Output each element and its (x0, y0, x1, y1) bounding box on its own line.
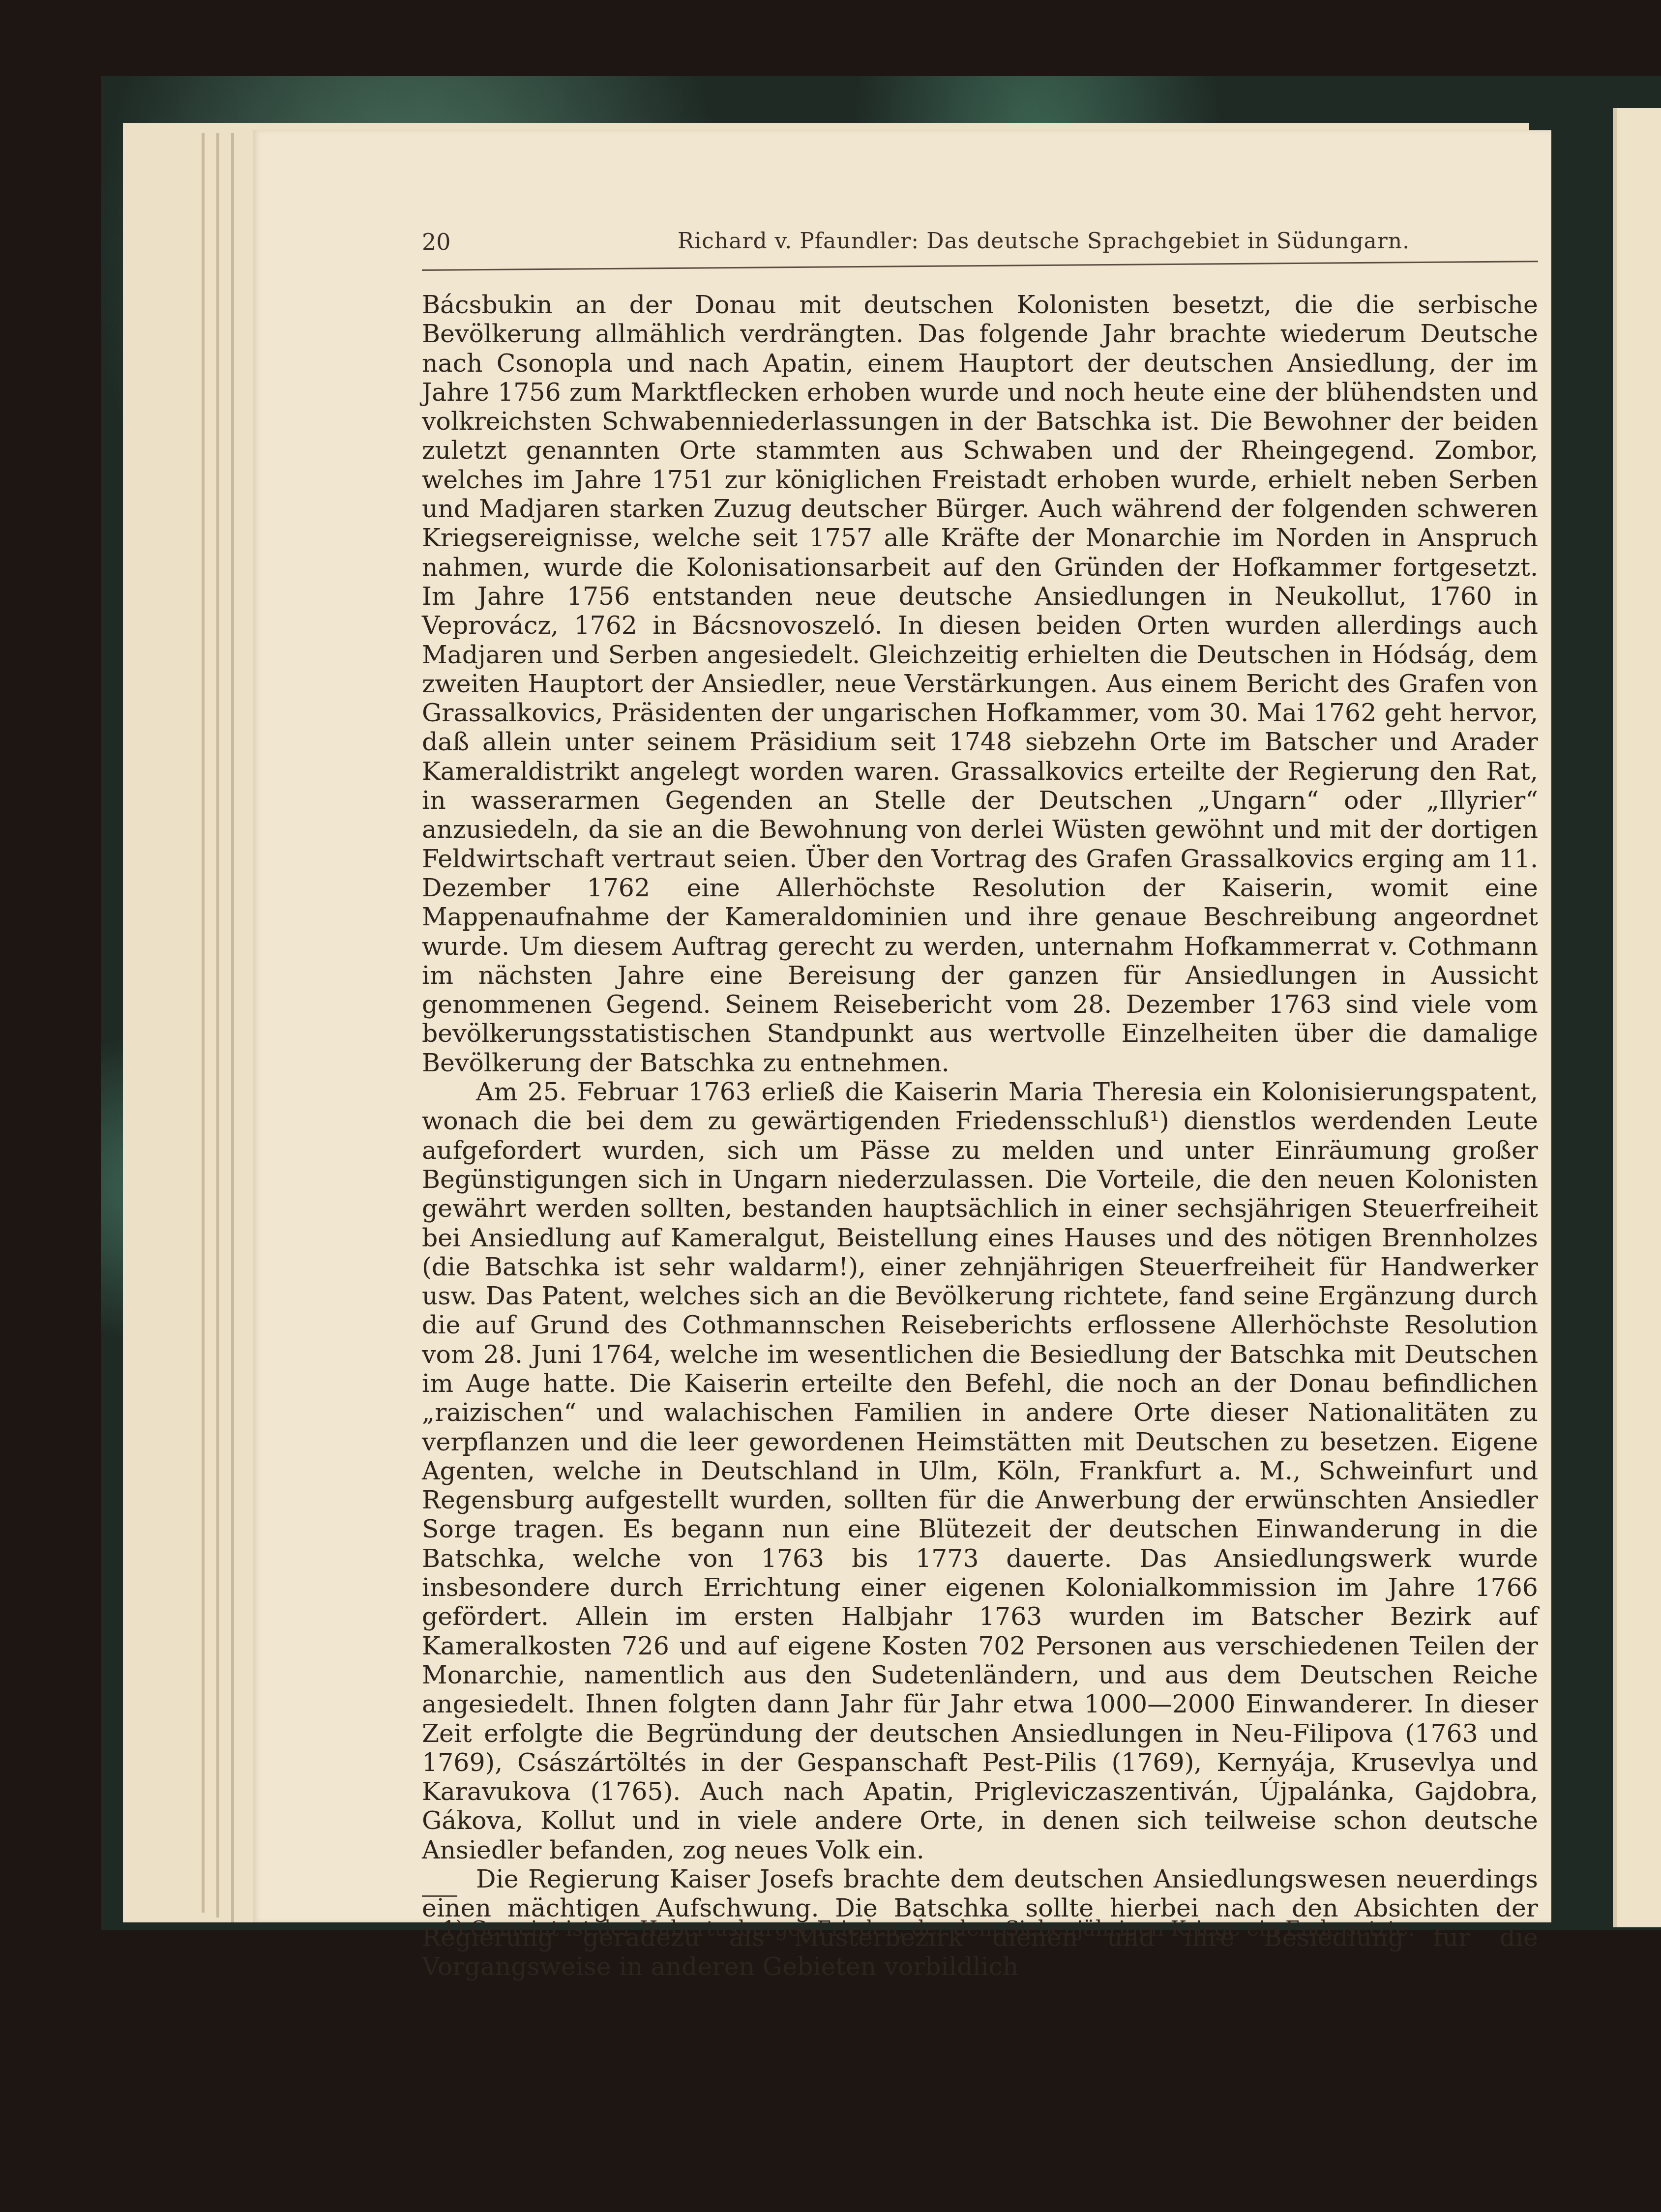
page-edge (231, 133, 234, 1922)
footnote: 1) Gemeint ist der Hubertusburger Friede… (443, 1917, 1524, 1941)
page-header: 20 Richard v. Pfaundler: Das deutsche Sp… (422, 229, 1533, 258)
facing-page-edge (1613, 108, 1661, 1927)
page-number: 20 (422, 229, 451, 255)
footnote-rule (422, 1895, 457, 1897)
paragraph: Am 25. Februar 1763 erließ die Kaiserin … (422, 1077, 1538, 1864)
page-edge (216, 133, 219, 1917)
page-edge (202, 133, 205, 1913)
body-text: Bácsbukin an der Donau mit deutschen Kol… (422, 290, 1538, 1981)
paragraph: Bácsbukin an der Donau mit deutschen Kol… (422, 290, 1538, 1077)
running-title: Richard v. Pfaundler: Das deutsche Sprac… (678, 229, 1410, 254)
